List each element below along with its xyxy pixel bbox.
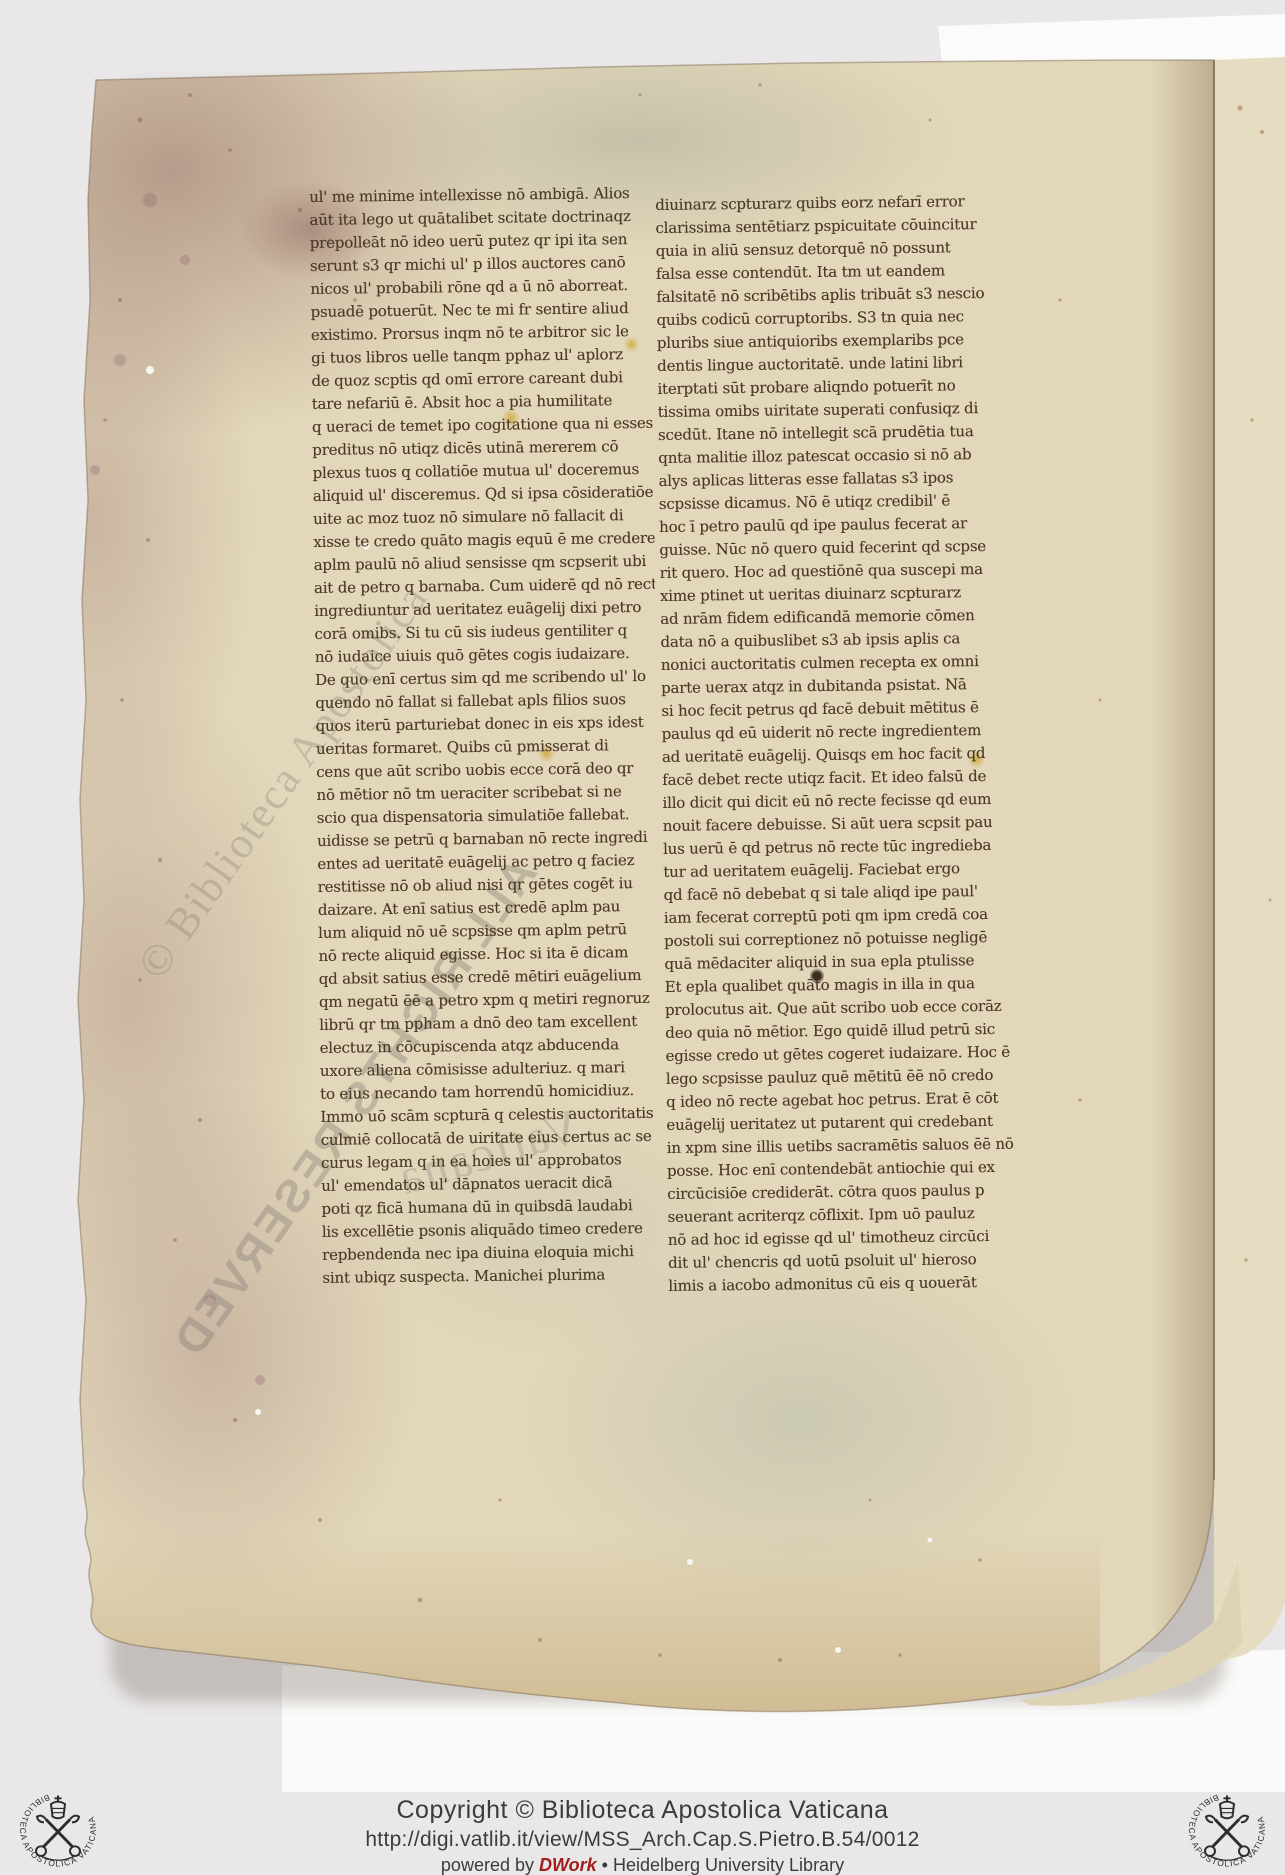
manuscript-line: lus uerū ē qd petrus nō recte tūc ingred… [663, 834, 1025, 861]
copyright-line: Copyright © Biblioteca Apostolica Vatica… [397, 1796, 889, 1825]
powered-by-suffix: • Heidelberg University Library [597, 1855, 844, 1875]
left-text-column: ul' me minime intellexisse nō ambigā. Al… [309, 182, 664, 1294]
dwork-brand: DWork [539, 1855, 597, 1875]
manuscript-line: circūcisiōe crediderāt. cōtra quos paulu… [667, 1179, 1029, 1206]
manuscript-line: qnta malitie illoz patescat occasio si n… [658, 443, 1020, 470]
manuscript-line: repbendenda nec ipa diuina eloquia michi [322, 1240, 663, 1267]
vatican-library-seal-icon: BIBLIOTECA APOSTOLICA VATICANA [1177, 1786, 1277, 1874]
source-url: http://digi.vatlib.it/view/MSS_Arch.Cap.… [365, 1828, 919, 1852]
powered-by-line: powered by DWork • Heidelberg University… [441, 1855, 844, 1875]
manuscript-line: clarissima sentētiarz pspicuitate cōuinc… [655, 213, 1017, 240]
manuscript-line: limis a iacobo admonitus cū eis q uouerā… [668, 1270, 1030, 1297]
manuscript-line: ad nrām fidem edificandā memorie cōmen [660, 604, 1022, 631]
vatican-manuscript-viewer: { "colors": { "page_background": "#e9e7e… [0, 0, 1285, 1875]
right-text-column: diuinarz scpturarz quibs eorz nefarī err… [655, 190, 1031, 1302]
vatican-library-seal-icon: BIBLIOTECA APOSTOLICA VATICANA [8, 1786, 108, 1874]
footer: Copyright © Biblioteca Apostolica Vatica… [0, 1792, 1285, 1875]
manuscript-line: rit quero. Hoc ad questiōnē qua suscepi … [659, 558, 1021, 585]
manuscript-line: falsitatē nō scribētibs aplis tribuāt s3… [656, 282, 1018, 309]
manuscript-line: sint ubiqz suspecta. Manichei plurima [322, 1263, 663, 1290]
powered-by-prefix: powered by [441, 1855, 539, 1875]
manuscript-line: nonici auctoritatis culmen recepta ex om… [661, 650, 1023, 677]
